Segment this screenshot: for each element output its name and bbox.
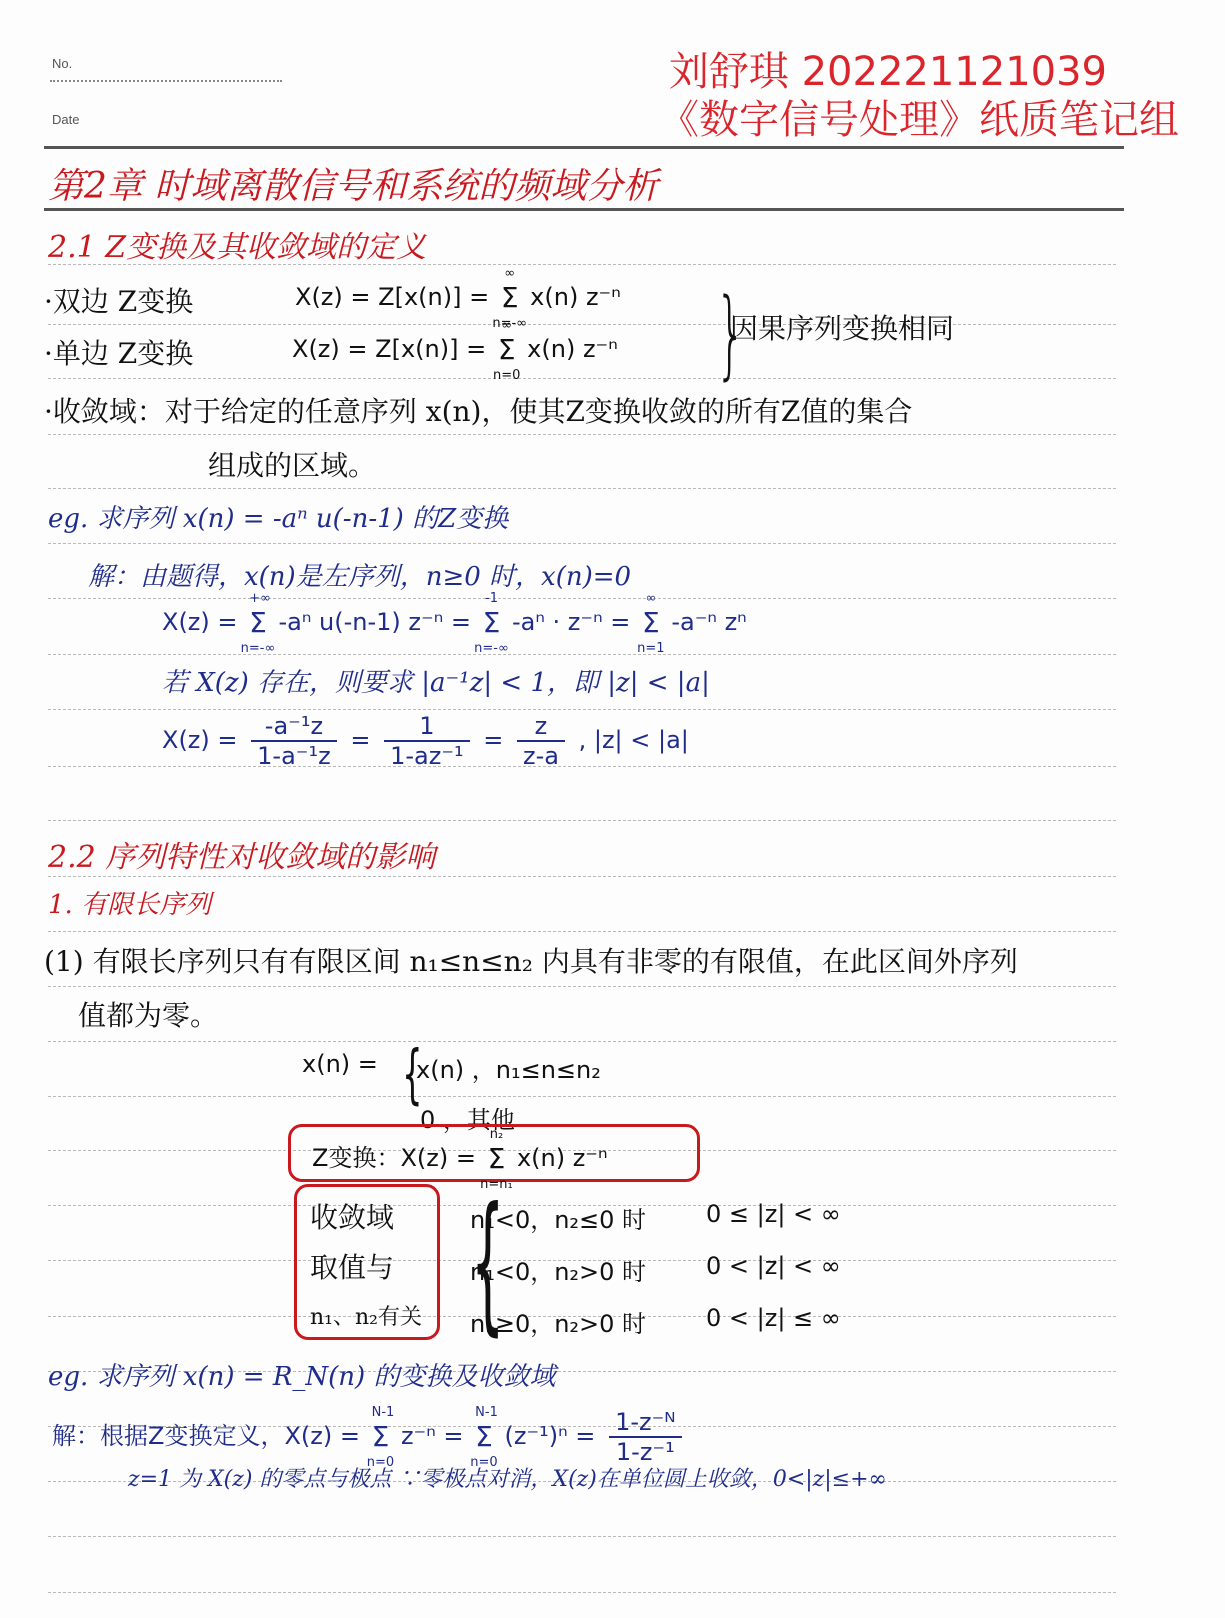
no-label: No. [52, 56, 72, 71]
roc-box-line1: 收敛域 [310, 1196, 394, 1236]
brace-note: 因果序列变换相同 [730, 307, 954, 347]
sum-symbol: N-1Σn=0 [475, 1423, 493, 1452]
ruled-line [48, 654, 1116, 655]
fraction: zz-a [517, 712, 565, 770]
ruled-line [48, 598, 1116, 599]
fraction: 11-az⁻¹ [384, 712, 470, 770]
roc-definition-line1: ·收敛域：对于给定的任意序列 x(n)，使其Z变换收敛的所有Z值的集合 [44, 390, 912, 430]
ruled-line [48, 876, 1116, 877]
ruled-line [48, 931, 1116, 932]
ruled-line [48, 488, 1116, 489]
finite-def-line2: 值都为零。 [78, 994, 218, 1034]
ruled-line [48, 986, 1116, 987]
formula-rhs: x(n) z⁻ⁿ [530, 283, 621, 311]
ruled-line [48, 324, 1116, 325]
sum-symbol: ∞Σn=1 [642, 609, 660, 638]
ruled-line [48, 820, 1116, 821]
example2-question: eg. 求序列 x(n) = R_N(n) 的变换及收敛域 [48, 1356, 555, 1393]
example2-conclusion: z=1 为 X(z) 的零点与极点 ∵零极点对消，X(z)在单位圆上收敛，0<|… [128, 1462, 887, 1493]
bilateral-formula: X(z) = Z[x(n)] = ∞Σn=-∞ x(n) z⁻ⁿ [295, 283, 621, 313]
notebook-page: No. Date 刘舒琪 202221121039 《数字信号处理》纸质笔记组 … [0, 0, 1225, 1618]
sum-symbol: ∞Σn=0 [498, 336, 516, 365]
ruled-line [48, 1536, 1116, 1537]
example1-solution-line1: 解：由题得，x(n)是左序列，n≥0 时，x(n)=0 [88, 556, 631, 593]
ruled-line [48, 434, 1116, 435]
roc-case-1: n₁<0，n₂≤0 时 [470, 1200, 646, 1235]
roc-range-3: 0 < |z| ≤ ∞ [706, 1304, 841, 1332]
example1-sum-line: X(z) = +∞Σn=-∞ -aⁿ u(-n-1) z⁻ⁿ = -1Σn=-∞… [162, 608, 747, 638]
example1-question: eg. 求序列 x(n) = -aⁿ u(-n-1) 的Z变换 [48, 498, 508, 535]
sum-symbol: -1Σn=-∞ [483, 609, 501, 638]
ruled-line [48, 543, 1116, 544]
roc-box-line2: 取值与 [310, 1246, 394, 1286]
sum-symbol: +∞Σn=-∞ [249, 609, 267, 638]
example2-solution: 解：根据Z变换定义，X(z) = N-1Σn=0 z⁻ⁿ = N-1Σn=0 (… [52, 1408, 688, 1466]
group-watermark: 《数字信号处理》纸质笔记组 [659, 88, 1179, 145]
section-2-1-title: 2.1 Z变换及其收敛域的定义 [48, 222, 426, 266]
formula-lhs: X(z) = Z[x(n)] = [295, 283, 489, 311]
roc-case-2: n₁<0，n₂>0 时 [470, 1252, 646, 1287]
formula-lhs: X(z) = Z[x(n)] = [292, 335, 486, 363]
date-label: Date [52, 112, 79, 127]
no-dotted-line [50, 80, 282, 82]
piecewise-lhs: x(n) = [302, 1050, 378, 1078]
unilateral-label: ·单边 Z变换 [44, 332, 193, 372]
section-2-2-title: 2.2 序列特性对收敛域的影响 [48, 832, 435, 876]
ruled-line [44, 146, 1124, 149]
formula-rhs: x(n) z⁻ⁿ [527, 335, 618, 363]
ruled-line [48, 378, 1116, 379]
sum-symbol: N-1Σn=0 [372, 1423, 390, 1452]
chapter-title: 第2章 时域离散信号和系统的频域分析 [48, 158, 658, 209]
piecewise-case1: x(n) ，n₁≤n≤n₂ [416, 1050, 601, 1085]
roc-case-3: n₁≥0，n₂>0 时 [470, 1304, 646, 1339]
ruled-line [48, 709, 1116, 710]
example1-result: X(z) = -a⁻¹z1-a⁻¹z = 11-az⁻¹ = zz-a , |z… [162, 712, 689, 770]
ruled-line [48, 1592, 1116, 1593]
ztransform-formula: Z变换：X(z) = n₂Σn=n₁ x(n) z⁻ⁿ [312, 1138, 608, 1174]
sum-symbol: n₂Σn=n₁ [488, 1145, 506, 1174]
ruled-line [48, 1096, 1116, 1097]
roc-range-2: 0 < |z| < ∞ [706, 1252, 841, 1280]
roc-box-line3: n₁、n₂有关 [310, 1300, 422, 1331]
bilateral-label: ·双边 Z变换 [44, 280, 193, 320]
sum-symbol: ∞Σn=-∞ [501, 284, 519, 313]
unilateral-formula: X(z) = Z[x(n)] = ∞Σn=0 x(n) z⁻ⁿ [292, 335, 618, 365]
roc-definition-line2: 组成的区域。 [208, 444, 376, 484]
fraction: -a⁻¹z1-a⁻¹z [251, 712, 337, 770]
roc-range-1: 0 ≤ |z| < ∞ [706, 1200, 841, 1228]
finite-def-line1: (1) 有限长序列只有有限区间 n₁≤n≤n₂ 内具有非零的有限值，在此区间外序… [44, 940, 1018, 980]
ruled-line [48, 1041, 1116, 1042]
subsection-finite-sequence: 1. 有限长序列 [48, 884, 211, 921]
example1-condition: 若 X(z) 存在，则要求 |a⁻¹z| < 1，即 |z| < |a| [162, 662, 710, 699]
fraction: 1-z⁻ᴺ1-z⁻¹ [609, 1408, 682, 1466]
